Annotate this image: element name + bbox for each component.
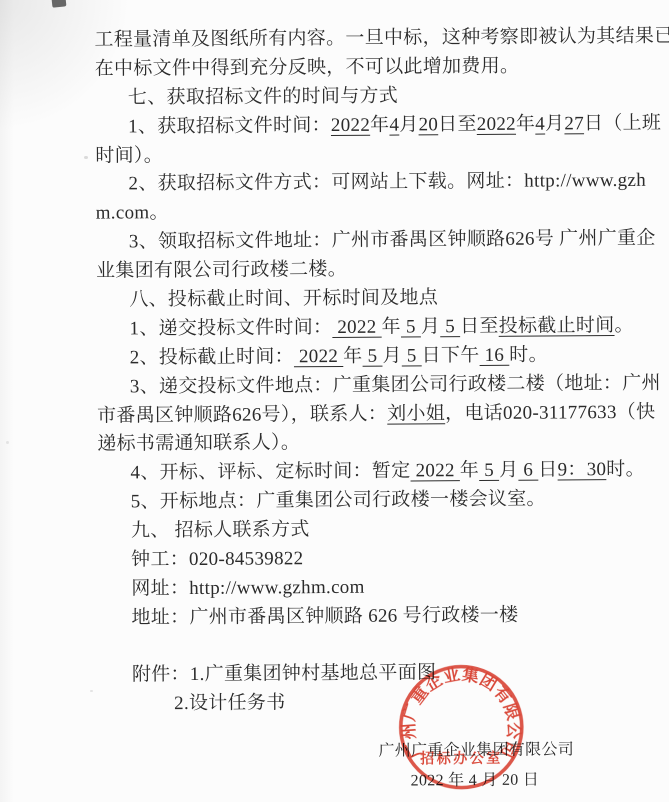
text-segment: 2.设计任务书 [174,692,286,714]
text-segment: 市番禺区钟顺路626号），联系人： [97,403,387,426]
filled-blank-underlined: 5 [440,316,460,337]
text-segment: 日（上班 [584,112,661,134]
scanned-document-page: 工程量清单及图纸所有内容。一旦中标，这种考察即被认为其结果已在中标文件中得到充分… [0,0,669,802]
text-segment: 2、投标截止时间： [130,346,294,368]
document-line: 业集团有限公司行政楼二楼。 [0,254,668,288]
text-segment: 时。 [606,459,645,480]
text-segment: ，电话020-31177633（快 [445,401,655,423]
filled-blank-underlined: 4 [389,114,399,135]
filled-blank-underlined: 投标截止时间 [499,315,615,337]
document-line: 八、投标截止时间、开标时间及地点 [0,283,668,317]
filled-blank-underlined: 2022 [294,346,343,367]
text-segment: 八、投标截止时间、开标时间及地点 [129,287,438,310]
document-line: 时间）。 [0,138,667,172]
document-body: 工程量清单及图纸所有内容。一旦中标，这种考察即被认为其结果已在中标文件中得到充分… [0,23,669,720]
text-segment: 日 [538,460,557,481]
text-segment: 工程量清单及图纸所有内容。一旦中标，这种考察即被认为其结果已 [94,26,669,51]
seal-center-text: 招标办公室 [419,750,503,768]
document-line: 1、递交投标文件时间： 2022 年 5 月 5 日至投标截止时间。 [0,312,669,346]
document-line: 附件：1.广重集团钟村基地总平面图 [2,657,669,691]
filled-blank-underlined: 2022 [410,460,459,481]
document-line: 递标书需通知联系人）。 [0,427,669,461]
text-segment: 月 [545,113,564,134]
text-segment: 月 [499,460,518,481]
text-segment: 年 [343,346,362,367]
text-segment: 年 [370,114,389,135]
text-segment: 九、 招标人联系方式 [131,519,310,541]
filled-blank-underlined: 20 [418,114,438,135]
text-segment: 七、获取招标文件的时间与方式 [128,85,398,108]
filled-blank-underlined: 5 [401,316,421,337]
document-line: 2.设计任务书 [2,686,669,720]
text-segment: 递标书需通知联系人）。 [97,433,300,455]
document-line: 3、领取招标文件地址：广州市番禺区钟顺路626号 广州广重企 [0,225,668,259]
filled-blank-underlined: 27 [564,113,584,134]
filled-blank-underlined: 2022 [332,317,381,338]
document-line: 5、开标地点：广重集团公司行政楼一楼会议室。 [1,485,669,519]
document-line: 九、 招标人联系方式 [1,514,669,548]
filled-blank-underlined: 5 [402,345,422,366]
text-segment: 年 [516,113,535,134]
text-segment: 1、获取招标文件时间： [128,115,331,137]
document-line: 工程量清单及图纸所有内容。一旦中标，这种考察即被认为其结果已 [0,23,667,57]
text-segment: 钟工：020-84539822 [131,548,303,570]
filled-blank-underlined: 5 [362,345,382,366]
text-segment: 月 [399,114,418,135]
text-segment: 5、开标地点：广重集团公司行政楼一楼会议室。 [131,489,546,513]
document-line: 网址：http://www.gzhm.com [1,572,669,606]
document-line: 2、获取招标文件方式：可网站上下载。网址：http://www.gzh [0,167,668,201]
company-seal-stamp: 广州广重企业集团有限公司 招标办公室 [385,651,538,802]
text-segment: 时。 [509,344,548,365]
filled-blank-underlined: 16 [479,345,509,366]
signature-block: 广州广重企业集团有限公司 2022 年 4 月 20 日 [2,735,669,800]
document-line: 钟工：020-84539822 [1,543,669,577]
signature-company: 广州广重企业集团有限公司 [2,735,669,770]
text-segment: 日至 [460,316,499,337]
document-line: 市番禺区钟顺路626号），联系人：刘小姐，电话020-31177633（快 [0,398,669,432]
document-line: 七、获取招标文件的时间与方式 [0,80,667,114]
document-line: 1、获取招标文件时间：2022年4月20日至2022年4月27日（上班 [0,109,667,143]
document-line: 地址：广州市番禺区钟顺路 626 号行政楼一楼 [1,600,669,634]
text-segment: 4、开标、评标、定标时间：暂定 [130,461,410,484]
filled-blank-underlined: 2022 [331,114,370,135]
seal-ring-text: 广州广重企业集团有限公司 [398,663,524,761]
text-segment: 3、领取招标文件地址：广州市番禺区钟顺路626号 广州广重企 [129,228,656,253]
document-line: 4、开标、评标、定标时间：暂定 2022 年 5 月 6 日9：30时。 [0,456,669,490]
text-segment: 时间）。 [95,145,163,166]
filled-blank-underlined: 6 [518,460,538,481]
text-segment: 。 [614,315,633,336]
text-segment: 地址：广州市番禺区钟顺路 626 号行政楼一楼 [131,605,518,629]
signature-date: 2022 年 4 月 20 日 [3,765,669,800]
document-line: m.com。 [0,196,668,230]
text-segment: 1、递交投标文件时间： [129,317,332,339]
text-segment: 月 [421,316,440,337]
text-segment: 月 [382,345,401,366]
document-line: 2、投标截止时间： 2022 年 5 月 5 日下午 16 时。 [0,340,669,374]
text-segment: 3、递交投标文件地点：广重集团公司行政楼二楼（地址：广州 [130,372,661,397]
text-segment: 年 [460,460,479,481]
text-segment: 年 [382,316,401,337]
document-line: 在中标文件中得到充分反映，不可以此增加费用。 [0,52,667,86]
filled-blank-underlined: 5 [479,460,499,481]
document-content: 工程量清单及图纸所有内容。一旦中标，这种考察即被认为其结果已在中标文件中得到充分… [0,0,669,802]
filled-blank-underlined: 9：30 [557,459,606,480]
text-segment: 在中标文件中得到充分反映，不可以此增加费用。 [95,56,520,80]
filled-blank-underlined: 刘小姐 [387,403,445,424]
filled-blank-underlined: 4 [535,113,545,134]
text-segment: 日下午 [422,345,480,366]
filled-blank-underlined: 2022 [477,113,516,134]
text-segment: 日至 [438,114,477,135]
text-segment: 网址：http://www.gzhm.com [131,577,365,600]
text-segment: 业集团有限公司行政楼二楼。 [96,259,347,282]
text-segment: 2、获取招标文件方式：可网站上下载。网址：http://www.gzh [128,170,646,195]
text-segment: m.com。 [96,202,169,224]
document-line: 3、递交投标文件地点：广重集团公司行政楼二楼（地址：广州 [0,369,669,403]
